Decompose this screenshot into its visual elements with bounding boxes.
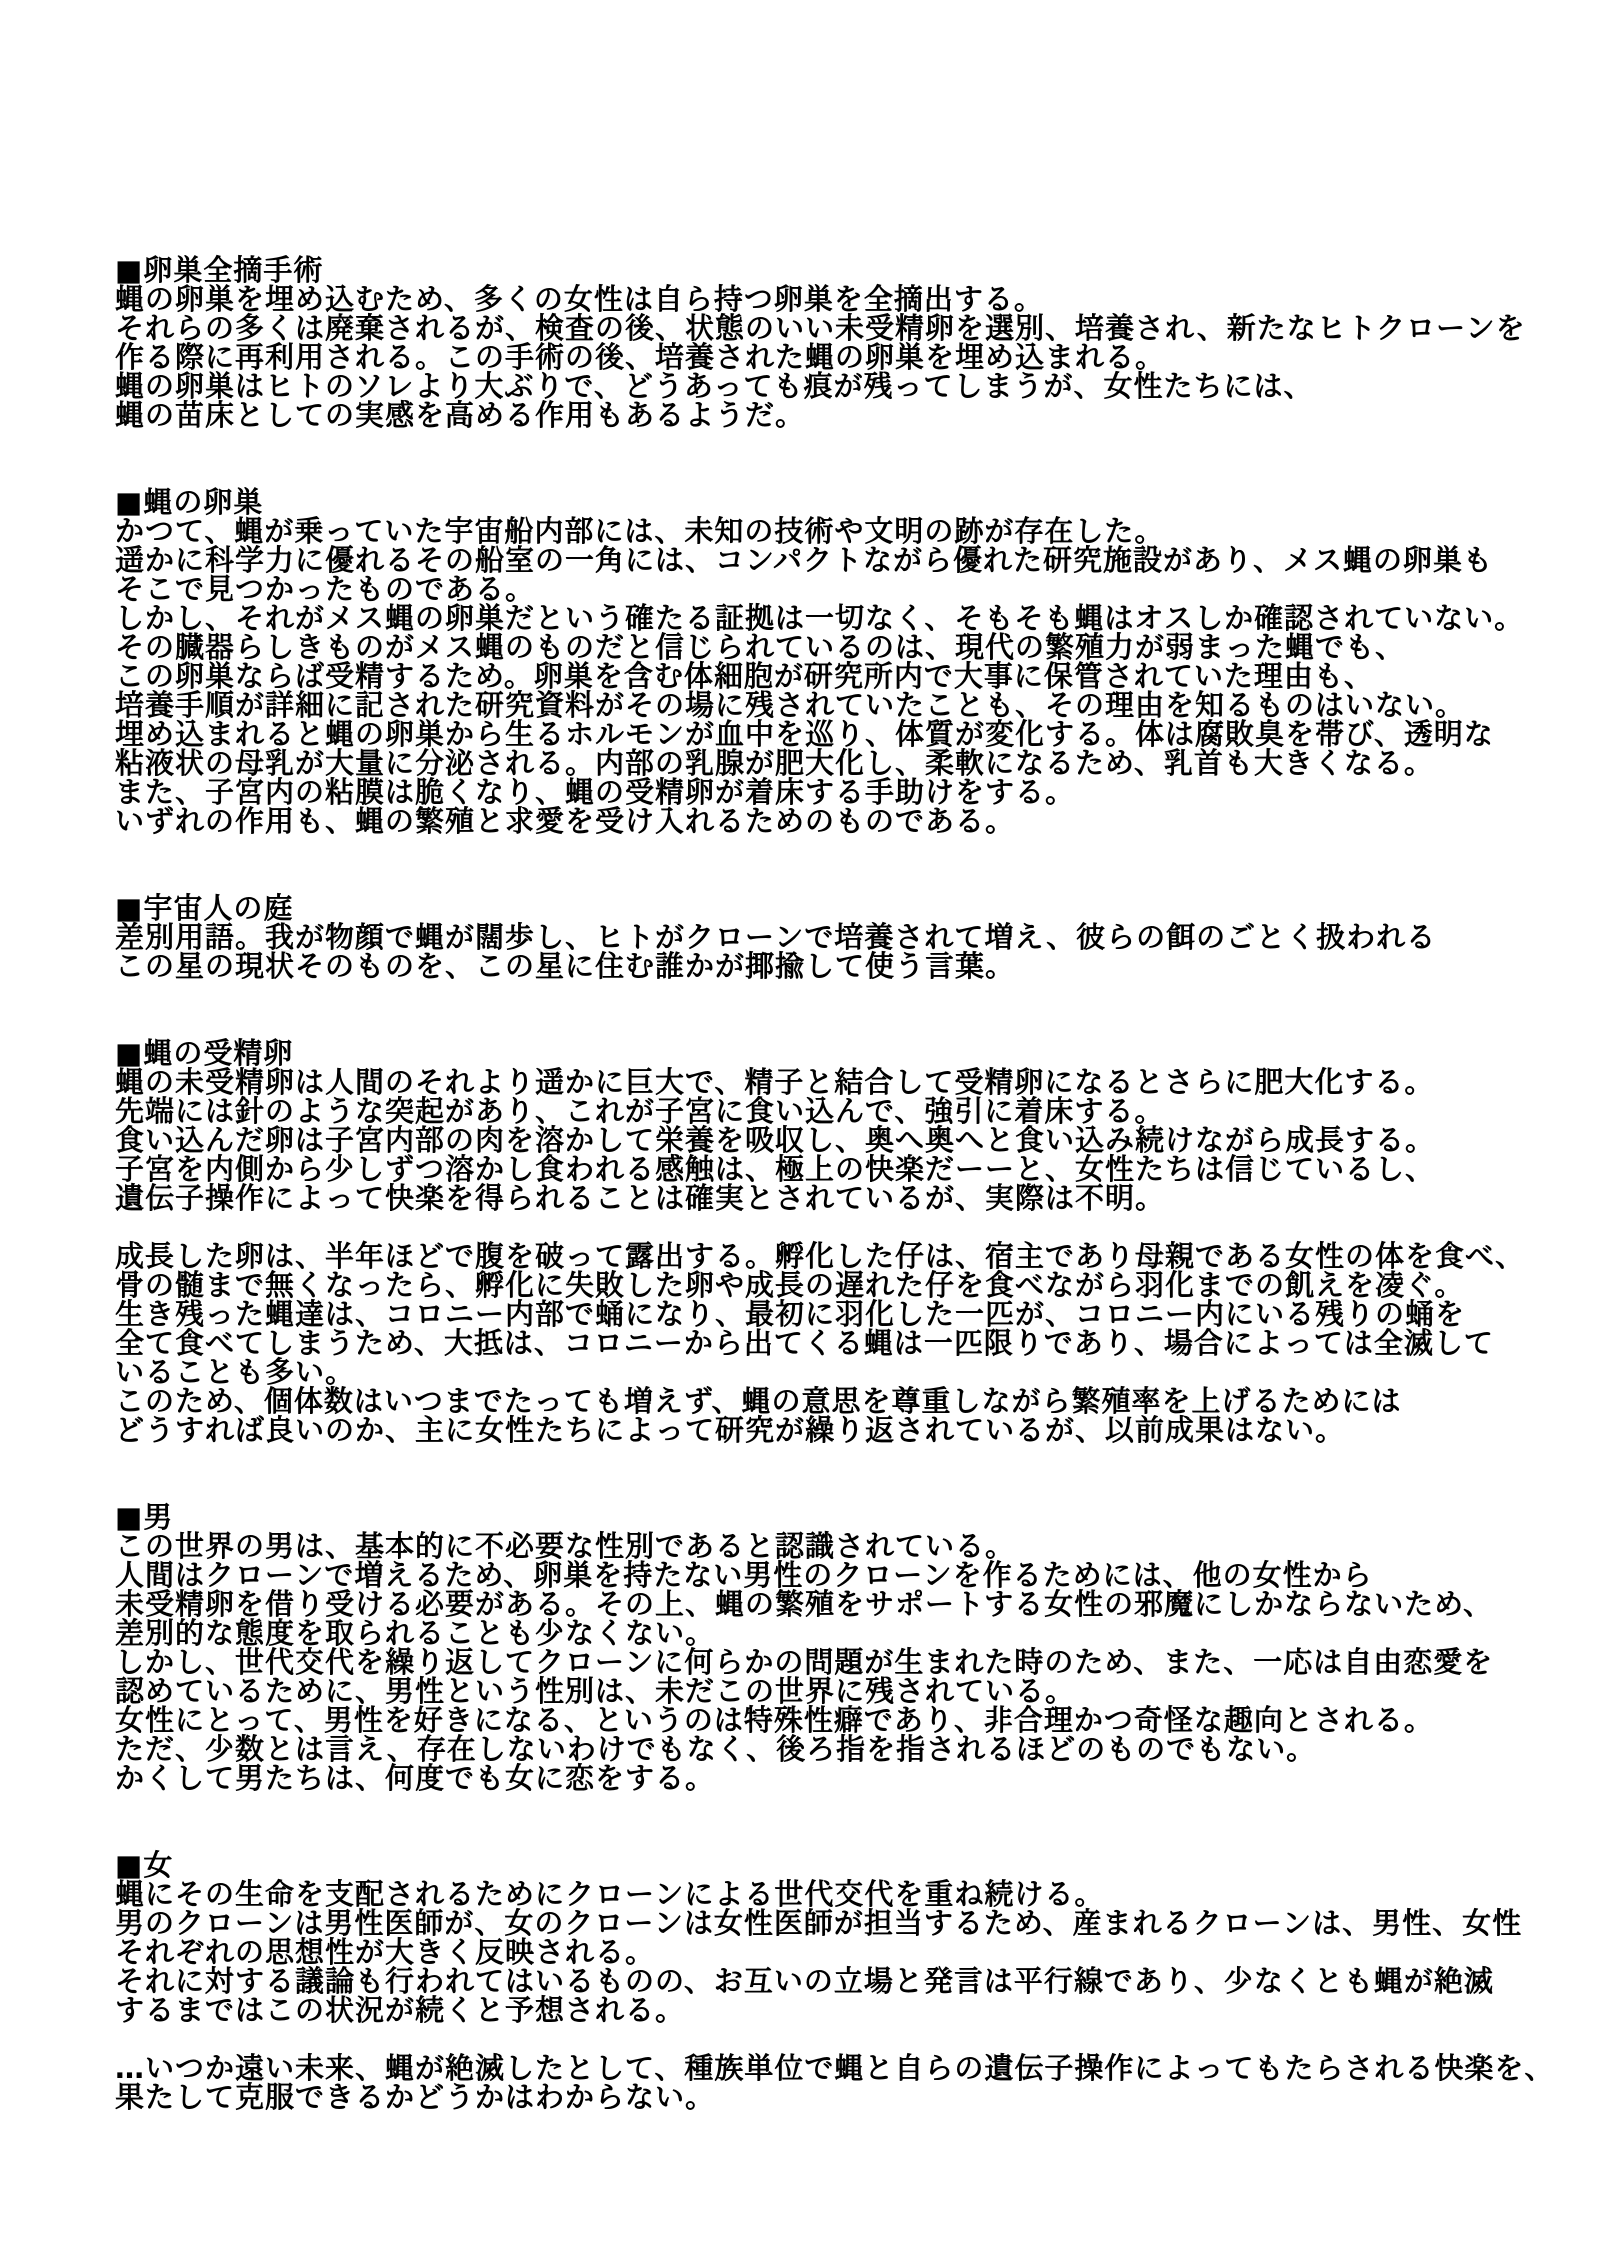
text-line: 生き残った蝿達は、コロニー内部で蛹になり、最初に羽化した一匹が、コロニー内にいる… xyxy=(115,1300,1530,1329)
text-line: 食い込んだ卵は子宮内部の肉を溶かして栄養を吸収し、奥へ奥へと食い込み続けながら成… xyxy=(115,1126,1530,1155)
section-heading: ■卵巣全摘手術 xyxy=(115,256,1530,285)
text-line: この世界の男は、基本的に不必要な性別であると認識されている。 xyxy=(115,1532,1530,1561)
glossary-section: ■女蝿にその生命を支配されるためにクローンによる世代交代を重ね続ける。男のクロー… xyxy=(115,1851,1530,2112)
text-line: …いつか遠い未来、蝿が絶滅したとして、種族単位で蝿と自らの遺伝子操作によってもた… xyxy=(115,2054,1530,2083)
text-line: いずれの作用も、蝿の繁殖と求愛を受け入れるためのものである。 xyxy=(115,807,1530,836)
section-paragraph: 成長した卵は、半年ほどで腹を破って露出する。孵化した仔は、宿主であり母親である女… xyxy=(115,1242,1530,1445)
section-heading: ■蝿の受精卵 xyxy=(115,1039,1530,1068)
section-paragraph: 差別用語。我が物顔で蝿が闊歩し、ヒトがクローンで培養されて増え、彼らの餌のごとく… xyxy=(115,923,1530,981)
section-paragraph: 蝿の卵巣を埋め込むため、多くの女性は自ら持つ卵巣を全摘出する。それらの多くは廃棄… xyxy=(115,285,1530,430)
text-line: 粘液状の母乳が大量に分泌される。内部の乳腺が肥大化し、柔軟になるため、乳首も大き… xyxy=(115,749,1530,778)
text-line: それに対する議論も行われてはいるものの、お互いの立場と発言は平行線であり、少なく… xyxy=(115,1967,1530,1996)
document-body: ■卵巣全摘手術蝿の卵巣を埋め込むため、多くの女性は自ら持つ卵巣を全摘出する。それ… xyxy=(0,0,1600,2172)
text-line: 全て食べてしまうため、大抵は、コロニーから出てくる蝿は一匹限りであり、場合によっ… xyxy=(115,1329,1530,1358)
section-heading: ■男 xyxy=(115,1503,1530,1532)
text-line: 遥かに科学力に優れるその船室の一角には、コンパクトながら優れた研究施設があり、メ… xyxy=(115,546,1530,575)
text-line: 骨の髄まで無くなったら、孵化に失敗した卵や成長の遅れた仔を食べながら羽化までの飢… xyxy=(115,1271,1530,1300)
text-line: しかし、世代交代を繰り返してクローンに何らかの問題が生まれた時のため、また、一応… xyxy=(115,1648,1530,1677)
text-line: しかし、それがメス蝿の卵巣だという確たる証拠は一切なく、そもそも蝿はオスしか確認… xyxy=(115,604,1530,633)
text-line: 差別用語。我が物顔で蝿が闊歩し、ヒトがクローンで培養されて増え、彼らの餌のごとく… xyxy=(115,923,1530,952)
text-line: 蝿の卵巣を埋め込むため、多くの女性は自ら持つ卵巣を全摘出する。 xyxy=(115,285,1530,314)
text-line: どうすれば良いのか、主に女性たちによって研究が繰り返されているが、以前成果はない… xyxy=(115,1416,1530,1445)
section-heading: ■蝿の卵巣 xyxy=(115,488,1530,517)
glossary-section: ■蝿の受精卵蝿の未受精卵は人間のそれより遥かに巨大で、精子と結合して受精卵になる… xyxy=(115,1039,1530,1445)
section-heading: ■宇宙人の庭 xyxy=(115,894,1530,923)
glossary-section: ■蝿の卵巣かつて、蝿が乗っていた宇宙船内部には、未知の技術や文明の跡が存在した。… xyxy=(115,488,1530,836)
text-line: 蝿の卵巣はヒトのソレより大ぶりで、どうあっても痕が残ってしまうが、女性たちには、 xyxy=(115,372,1530,401)
text-line: 男のクローンは男性医師が、女のクローンは女性医師が担当するため、産まれるクローン… xyxy=(115,1909,1530,1938)
text-line: この卵巣ならば受精するため。卵巣を含む体細胞が研究所内で大事に保管されていた理由… xyxy=(115,662,1530,691)
text-line: 蝿の未受精卵は人間のそれより遥かに巨大で、精子と結合して受精卵になるとさらに肥大… xyxy=(115,1068,1530,1097)
text-line: 子宮を内側から少しずつ溶かし食われる感触は、極上の快楽だーーと、女性たちは信じて… xyxy=(115,1155,1530,1184)
section-paragraph: 蝿の未受精卵は人間のそれより遥かに巨大で、精子と結合して受精卵になるとさらに肥大… xyxy=(115,1068,1530,1213)
text-line: このため、個体数はいつまでたっても増えず、蝿の意思を尊重しながら繁殖率を上げるた… xyxy=(115,1387,1530,1416)
text-line: それぞれの思想性が大きく反映される。 xyxy=(115,1938,1530,1967)
text-line: するまではこの状況が続くと予想される。 xyxy=(115,1996,1530,2025)
text-line: かつて、蝿が乗っていた宇宙船内部には、未知の技術や文明の跡が存在した。 xyxy=(115,517,1530,546)
document-page: ■卵巣全摘手術蝿の卵巣を埋め込むため、多くの女性は自ら持つ卵巣を全摘出する。それ… xyxy=(0,0,1600,2259)
text-line: 蝿の苗床としての実感を高める作用もあるようだ。 xyxy=(115,401,1530,430)
section-heading: ■女 xyxy=(115,1851,1530,1880)
text-line: 埋め込まれると蝿の卵巣から生るホルモンが血中を巡り、体質が変化する。体は腐敗臭を… xyxy=(115,720,1530,749)
text-line: かくして男たちは、何度でも女に恋をする。 xyxy=(115,1764,1530,1793)
text-line: 人間はクローンで増えるため、卵巣を持たない男性のクローンを作るためには、他の女性… xyxy=(115,1561,1530,1590)
text-line: 遺伝子操作によって快楽を得られることは確実とされているが、実際は不明。 xyxy=(115,1184,1530,1213)
text-line: 蝿にその生命を支配されるためにクローンによる世代交代を重ね続ける。 xyxy=(115,1880,1530,1909)
section-paragraph: 蝿にその生命を支配されるためにクローンによる世代交代を重ね続ける。男のクローンは… xyxy=(115,1880,1530,2025)
text-line: いることも多い。 xyxy=(115,1358,1530,1387)
text-line: 女性にとって、男性を好きになる、というのは特殊性癖であり、非合理かつ奇怪な趣向と… xyxy=(115,1706,1530,1735)
text-line: 成長した卵は、半年ほどで腹を破って露出する。孵化した仔は、宿主であり母親である女… xyxy=(115,1242,1530,1271)
text-line: 作る際に再利用される。この手術の後、培養された蝿の卵巣を埋め込まれる。 xyxy=(115,343,1530,372)
glossary-section: ■卵巣全摘手術蝿の卵巣を埋め込むため、多くの女性は自ら持つ卵巣を全摘出する。それ… xyxy=(115,256,1530,430)
text-line: 認めているために、男性という性別は、未だこの世界に残されている。 xyxy=(115,1677,1530,1706)
text-line: 果たして克服できるかどうかはわからない。 xyxy=(115,2083,1530,2112)
glossary-section: ■宇宙人の庭差別用語。我が物顔で蝿が闊歩し、ヒトがクローンで培養されて増え、彼ら… xyxy=(115,894,1530,981)
section-paragraph: かつて、蝿が乗っていた宇宙船内部には、未知の技術や文明の跡が存在した。遥かに科学… xyxy=(115,517,1530,836)
glossary-section: ■男この世界の男は、基本的に不必要な性別であると認識されている。人間はクローンで… xyxy=(115,1503,1530,1793)
text-line: 先端には針のような突起があり、これが子宮に食い込んで、強引に着床する。 xyxy=(115,1097,1530,1126)
text-line: ただ、少数とは言え、存在しないわけでもなく、後ろ指を指されるほどのものでもない。 xyxy=(115,1735,1530,1764)
text-line: 未受精卵を借り受ける必要がある。その上、蝿の繁殖をサポートする女性の邪魔にしかな… xyxy=(115,1590,1530,1619)
text-line: その臓器らしきものがメス蝿のものだと信じられているのは、現代の繁殖力が弱まった蝿… xyxy=(115,633,1530,662)
text-line: この星の現状そのものを、この星に住む誰かが揶揄して使う言葉。 xyxy=(115,952,1530,981)
text-line: 培養手順が詳細に記された研究資料がその場に残されていたことも、その理由を知るもの… xyxy=(115,691,1530,720)
text-line: また、子宮内の粘膜は脆くなり、蝿の受精卵が着床する手助けをする。 xyxy=(115,778,1530,807)
text-line: 差別的な態度を取られることも少なくない。 xyxy=(115,1619,1530,1648)
text-line: それらの多くは廃棄されるが、検査の後、状態のいい未受精卵を選別、培養され、新たな… xyxy=(115,314,1530,343)
section-paragraph: …いつか遠い未来、蝿が絶滅したとして、種族単位で蝿と自らの遺伝子操作によってもた… xyxy=(115,2054,1530,2112)
section-paragraph: この世界の男は、基本的に不必要な性別であると認識されている。人間はクローンで増え… xyxy=(115,1532,1530,1793)
text-line: そこで見つかったものである。 xyxy=(115,575,1530,604)
